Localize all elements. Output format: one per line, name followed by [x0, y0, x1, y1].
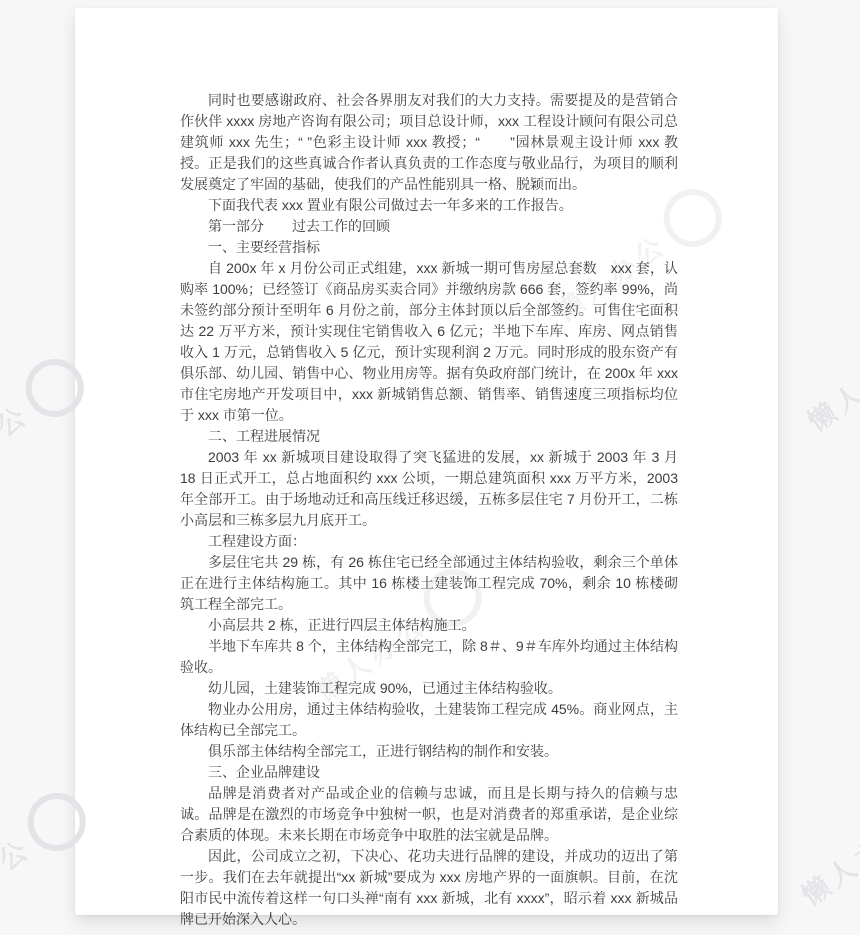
heading-part-one: 第一部分 过去工作的回顾 [180, 216, 678, 237]
paragraph-acknowledgement: 同时也要感谢政府、社会各界朋友对我们的大力支持。需要提及的是营销合作伙伴 xxx… [180, 90, 678, 195]
paragraph-construction-start: 2003 年 xx 新城项目建设取得了突飞猛进的发展，xx 新城于 2003 年… [180, 447, 678, 531]
paragraph-clubhouse: 俱乐部主体结构全部完工，正进行钢结构的制作和安装。 [180, 741, 678, 762]
paragraph-property-office: 物业办公用房，通过主体结构验收，土建装饰工程完成 45%。商业网点，主体结构已全… [180, 699, 678, 741]
heading-section-2-project-progress: 二、工程进展情况 [180, 426, 678, 447]
document-preview-screen: 懒人办公 懒人办公 懒人办公 懒人办公 懒人办公 懒人办公 同时也要感谢政府、社… [0, 0, 860, 935]
document-body: 同时也要感谢政府、社会各界朋友对我们的大力支持。需要提及的是营销合作伙伴 xxx… [180, 90, 678, 930]
paragraph-report-intro: 下面我代表 xxx 置业有限公司做过去一年多来的工作报告。 [180, 195, 678, 216]
watermark-text: 懒人办公 [0, 827, 38, 932]
watermark-text: 懒人办公 [792, 807, 860, 912]
heading-section-1-business-indicators: 一、主要经营指标 [180, 237, 678, 258]
paragraph-garages: 半地下车库共 8 个，主体结构全部完工，除 8＃、9＃车库外均通过主体结构验收。 [180, 636, 678, 678]
watermark: 懒人办公 [793, 288, 860, 447]
watermark-text: 懒人办公 [798, 333, 860, 438]
watermark-text: 懒人办公 [0, 393, 36, 498]
heading-section-3-brand-building: 三、企业品牌建设 [180, 762, 678, 783]
paragraph-multistory-housing: 多层住宅共 29 栋，有 26 栋住宅已经全部通过主体结构验收，剩余三个单体正在… [180, 552, 678, 615]
watermark: 懒人办公 [787, 762, 860, 921]
paragraph-brand-definition: 品牌是消费者对产品或企业的信赖与忠诚，而且是长期与持久的信赖与忠诚。品牌是在激烈… [180, 783, 678, 846]
paragraph-brand-achievement: 因此，公司成立之初，下决心、花功夫进行品牌的建设，并成功的迈出了第一步。我们在去… [180, 846, 678, 930]
paragraph-midrise-housing: 小高层共 2 栋，正进行四层主体结构施工。 [180, 615, 678, 636]
paragraph-sales-figures: 自 200x 年 x 月份公司正式组建，xxx 新城一期可售房屋总套数 xxx … [180, 258, 678, 426]
paragraph-kindergarten: 幼儿园，土建装饰工程完成 90%，已通过主体结构验收。 [180, 678, 678, 699]
paragraph-construction-aspect-label: 工程建设方面： [180, 531, 678, 552]
